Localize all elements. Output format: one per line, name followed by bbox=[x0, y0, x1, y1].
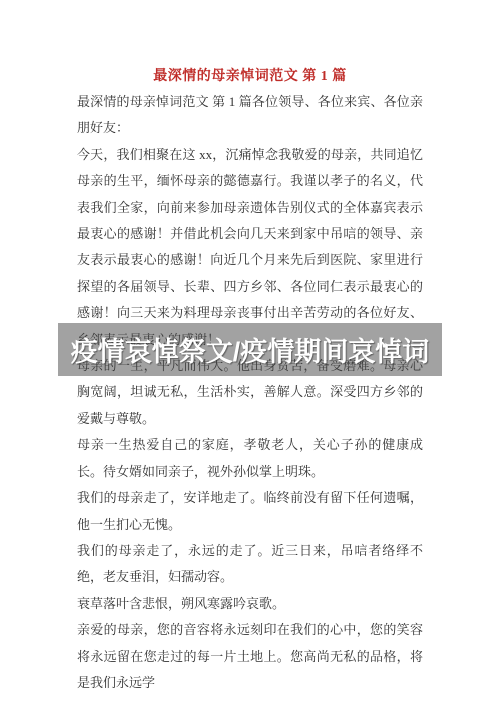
paragraph-mourners: 我们的母亲走了，永远的走了。近三日来，吊唁者络绎不绝，老友垂泪，妇孺动容。 bbox=[77, 538, 423, 591]
paragraph-family-love: 母亲一生热爱自己的家庭，孝敬老人，关心子孙的健康成长。待女婿如同亲子，视外孙似掌… bbox=[77, 432, 423, 485]
document-page: 最深情的母亲悼词范文 第 1 篇 最深情的母亲悼词范文 第 1 篇各位领导、各位… bbox=[0, 0, 500, 706]
paragraph-salutation: 最深情的母亲悼词范文 第 1 篇各位领导、各位来宾、各位亲朋好友： bbox=[77, 89, 423, 142]
document-title: 最深情的母亲悼词范文 第 1 篇 bbox=[0, 65, 500, 85]
paragraph-thanks: 今天，我们相聚在这 xx，沉痛悼念我敬爱的母亲，共同追忆母亲的生平，缅怀母亲的懿… bbox=[77, 142, 423, 353]
watermark-overlay: 疫情哀悼祭文/疫情期间哀悼词 bbox=[58, 323, 442, 376]
watermark-text: 疫情哀悼祭文/疫情期间哀悼词 bbox=[71, 330, 430, 369]
document-body: 最深情的母亲悼词范文 第 1 篇各位领导、各位来宾、各位亲朋好友： 今天，我们相… bbox=[77, 89, 423, 696]
paragraph-elegy-verse: 衰草落叶含悲恨，朔风寒露吟哀歌。 bbox=[77, 591, 423, 617]
paragraph-farewell: 亲爱的母亲，您的音容将永远刻印在我们的心中，您的笑容将永远留在您走过的每一片土地… bbox=[77, 617, 423, 696]
paragraph-peaceful-passing: 我们的母亲走了，安详地走了。临终前没有留下任何遗嘱，他一生扪心无愧。 bbox=[77, 485, 423, 538]
